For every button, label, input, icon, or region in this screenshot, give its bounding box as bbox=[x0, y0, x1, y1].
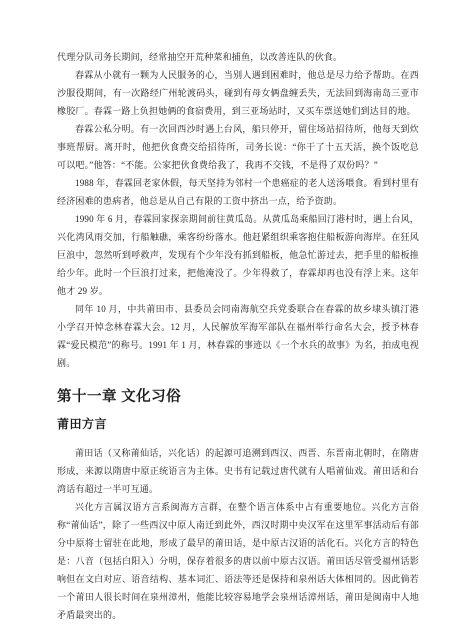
chapter-heading: 第十一章 文化习俗 bbox=[57, 387, 419, 407]
paragraph: 1988 年，春霖回老家休假，每天坚持为邻村一个患癌症的老人送汤喂食。看到村里有… bbox=[57, 174, 419, 210]
paragraph: 1990 年 6 月，春霖回家探亲期间前往黄瓜岛。从黄瓜岛乘船回汀港村时，遇上台… bbox=[57, 210, 419, 300]
document-page: 代理分队司务长期间，经常抽空开荒种菜和捕鱼，以改善连队的伙食。 春霖从小就有一颗… bbox=[0, 0, 450, 636]
paragraph: 兴化方言属汉语方言系闽海方言群，在整个语言体系中占有重要地位。兴化方言俗称“莆仙… bbox=[57, 498, 419, 624]
paragraph: 莆田话（又称莆仙话，兴化话）的起源可追溯到西汉、西晋、东晋南北朝时，在隋唐形成，… bbox=[57, 444, 419, 498]
text-block: 代理分队司务长期间，经常抽空开荒种菜和捕鱼，以改善连队的伙食。 春霖从小就有一颗… bbox=[57, 48, 419, 624]
paragraph: 同年 10 月，中共莆田市、县委员会同南海航空兵党委联合在春霖的故乡埭头镇汀港小… bbox=[57, 300, 419, 372]
paragraph: 春霖公私分明。有一次回西沙时遇上台风，船只停开，留住场站招待所，他每天到炊事班帮… bbox=[57, 120, 419, 174]
paragraph-continuation: 代理分队司务长期间，经常抽空开荒种菜和捕鱼，以改善连队的伙食。 bbox=[57, 48, 419, 66]
section-heading: 莆田方言 bbox=[57, 416, 419, 433]
paragraph: 春霖从小就有一颗为人民服务的心，当别人遇到困难时，他总是尽力给予帮助。在西沙服役… bbox=[57, 66, 419, 120]
